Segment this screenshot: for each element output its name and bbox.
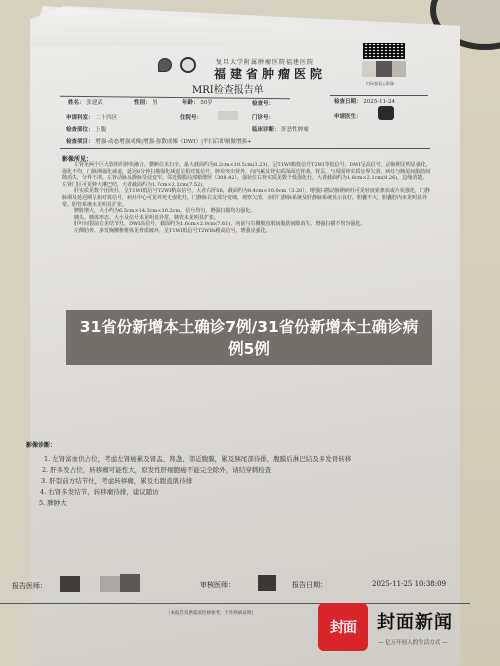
items-label: 检查项目： xyxy=(66,139,94,145)
reviewer-label: 审核医师： xyxy=(200,580,235,590)
hospital-name: 福建省肿瘤医院 xyxy=(214,65,326,82)
exam-date-value: 2025-11-24 xyxy=(363,99,395,105)
findings-paragraph: 肝叶间裂前方见结节灶，DWI高信号，截面约为1.6cm×2.0cm(7.61)，… xyxy=(62,221,432,228)
redacted-block xyxy=(378,106,394,120)
redacted-block xyxy=(376,61,392,77)
report-title: MRI检查报告单 xyxy=(192,81,264,96)
sex-value: 男 xyxy=(152,100,158,106)
findings-paragraph: 左肾见两个巨大软组织肿块融合，横断位未扫全，最大截面约为8.2cm×10.5cm… xyxy=(62,162,432,188)
brand-slogan: — 亿万年轻人的生活方式 — xyxy=(378,638,448,646)
age-value: 50岁 xyxy=(200,100,213,106)
clinical-dx-value: 肝恶性肿瘤 xyxy=(281,127,309,133)
redacted-block xyxy=(258,575,276,591)
hospital-logo-icon xyxy=(158,58,172,72)
qr-code-icon xyxy=(363,43,405,59)
redacted-block xyxy=(218,111,238,120)
headline-text: 31省份新增本土确诊7例/31省份新增本土确诊病例5例 xyxy=(79,316,419,360)
redacted-block xyxy=(362,61,376,77)
report-date-value: 2025-11-25 10:38:09 xyxy=(372,580,446,588)
outpatient-no-label: 门诊号： xyxy=(252,115,274,121)
redacted-block xyxy=(392,61,406,77)
dept-label: 申请科室： xyxy=(66,115,94,121)
clinical-dx-label: 临床诊断： xyxy=(252,127,280,133)
diagnosis-item: 3. 肝裂前方结节灶，考虑转移瘤，累及右腹直肌待排 xyxy=(36,476,351,487)
diagnosis-item: 5. 脾肿大 xyxy=(36,498,351,509)
exam-date-label: 检查日期： xyxy=(334,99,362,105)
divider xyxy=(330,95,428,96)
site-value: 上腹 xyxy=(95,127,106,133)
sex-label: 性别： xyxy=(134,100,151,106)
disclaimer: （本报告仅供临床医师参考，不作疾病证明） xyxy=(166,610,256,616)
name-value: 张建武 xyxy=(86,100,103,106)
divider xyxy=(60,148,430,149)
diagnosis-item: 2. 肝多发占位，转移瘤可能性大，原发性肝细胞癌不能完全除外，请结穿刺检查 xyxy=(36,465,351,476)
findings-body: 左肾见两个巨大软组织肿块融合，横断位未扫全，最大截面约为8.2cm×10.5cm… xyxy=(62,162,432,235)
redacted-block xyxy=(120,574,140,592)
diagnosis-item: 4. 右肾多发结节，转移瘤待排，建议随访 xyxy=(36,487,351,498)
exam-no-label: 检查号： xyxy=(252,101,274,107)
dept-value: 二十四区 xyxy=(95,115,117,121)
redacted-block xyxy=(80,576,98,592)
cover-news-logo-icon: 封面 xyxy=(318,603,368,651)
redacted-block xyxy=(100,576,120,592)
items-value: 增强-动态增强成像|增强-弥散成像（DWI）|平扫后即刻做增强+ xyxy=(95,139,251,145)
findings-paragraph: 肝实质见数个团块灶，呈T1WI低信号T2WI稍高信号，大者右肝S6，截面约为8.… xyxy=(62,188,432,208)
site-label: 检查部位： xyxy=(66,127,94,133)
age-label: 年龄： xyxy=(182,100,199,106)
logo-text: 封面 xyxy=(330,617,356,637)
brand-name: 封面新闻 xyxy=(377,608,453,634)
findings-paragraph: 左侧肋骨、多发胸腰椎椎体见骨质破坏，呈T1WI低信号T2WIfs稍高信号，增强见… xyxy=(62,228,432,235)
redacted-block xyxy=(60,576,80,592)
university-emblem-icon xyxy=(180,57,196,73)
qr-caption: 扫码查看云影像 xyxy=(366,81,394,87)
diagnosis-heading: 影像诊断： xyxy=(26,440,56,449)
diagnosis-list: 1. 左肾富血供占位，考虑左肾癌累及肾盂、肾盏、邻近腹膜，累及胰尾部待排，腹膜后… xyxy=(36,454,351,509)
findings-paragraph: 脾脏增大，大小约为6.5cm×14.3cm×10.2cm，信号均匀，增强扫描均匀… xyxy=(62,208,432,215)
report-date-label: 报告日期： xyxy=(292,580,327,590)
diagnosis-item: 1. 左肾富血供占位，考虑左肾癌累及肾盂、肾盏、邻近腹膜，累及胰尾部待排，腹膜后… xyxy=(36,454,351,465)
divider xyxy=(0,603,470,604)
name-label: 姓名： xyxy=(68,100,85,106)
reporter-label: 报告医师： xyxy=(12,581,47,591)
doctor-label: 申请医生： xyxy=(334,114,362,120)
headline-banner: 31省份新增本土确诊7例/31省份新增本土确诊病例5例 xyxy=(66,310,432,365)
inpatient-no-label: 住院号： xyxy=(180,115,202,121)
